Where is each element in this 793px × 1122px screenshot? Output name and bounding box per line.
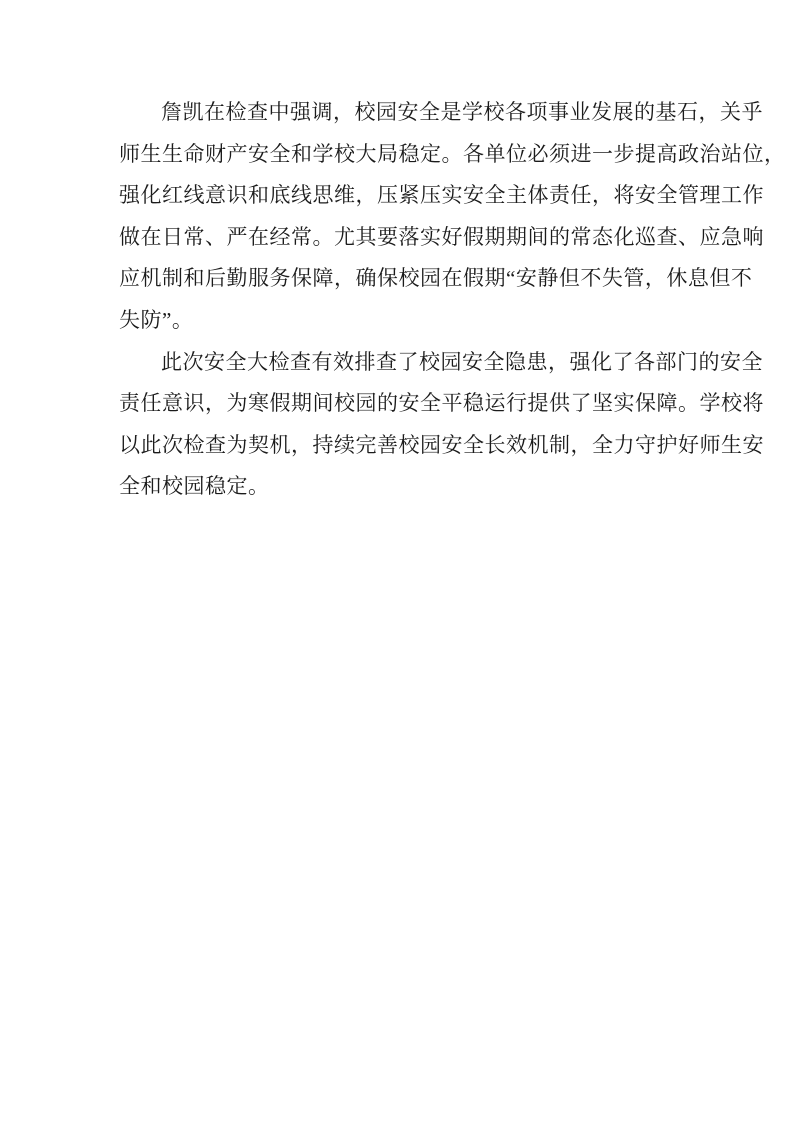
- paragraph-line: 做在日常、严在经常。尤其要落实好假期期间的常态化巡查、应急响: [119, 217, 676, 259]
- paragraph-line: 此次安全大检查有效排查了校园安全隐患，强化了各部门的安全: [119, 342, 676, 384]
- paragraph-line: 詹凯在检查中强调，校园安全是学校各项事业发展的基石，关乎: [119, 92, 676, 134]
- paragraph-line: 责任意识，为寒假期间校园的安全平稳运行提供了坚实保障。学校将: [119, 383, 676, 425]
- paragraph-line: 应机制和后勤服务保障，确保校园在假期“安静但不失管，休息但不: [119, 258, 676, 300]
- text-block: 詹凯在检查中强调，校园安全是学校各项事业发展的基石，关乎 师生生命财产安全和学校…: [119, 92, 676, 508]
- paragraph-line: 强化红线意识和底线思维，压紧压实安全主体责任，将安全管理工作: [119, 175, 676, 217]
- paragraph-line: 失防”。: [119, 300, 676, 342]
- paragraph-line: 师生生命财产安全和学校大局稳定。各单位必须进一步提高政治站位，: [119, 134, 676, 176]
- paragraph-2: 此次安全大检查有效排查了校园安全隐患，强化了各部门的安全 责任意识，为寒假期间校…: [119, 342, 676, 508]
- paragraph-line: 全和校园稳定。: [119, 466, 676, 508]
- document-page: 詹凯在检查中强调，校园安全是学校各项事业发展的基石，关乎 师生生命财产安全和学校…: [0, 0, 793, 1122]
- paragraph-1: 詹凯在检查中强调，校园安全是学校各项事业发展的基石，关乎 师生生命财产安全和学校…: [119, 92, 676, 342]
- paragraph-line: 以此次检查为契机，持续完善校园安全长效机制，全力守护好师生安: [119, 425, 676, 467]
